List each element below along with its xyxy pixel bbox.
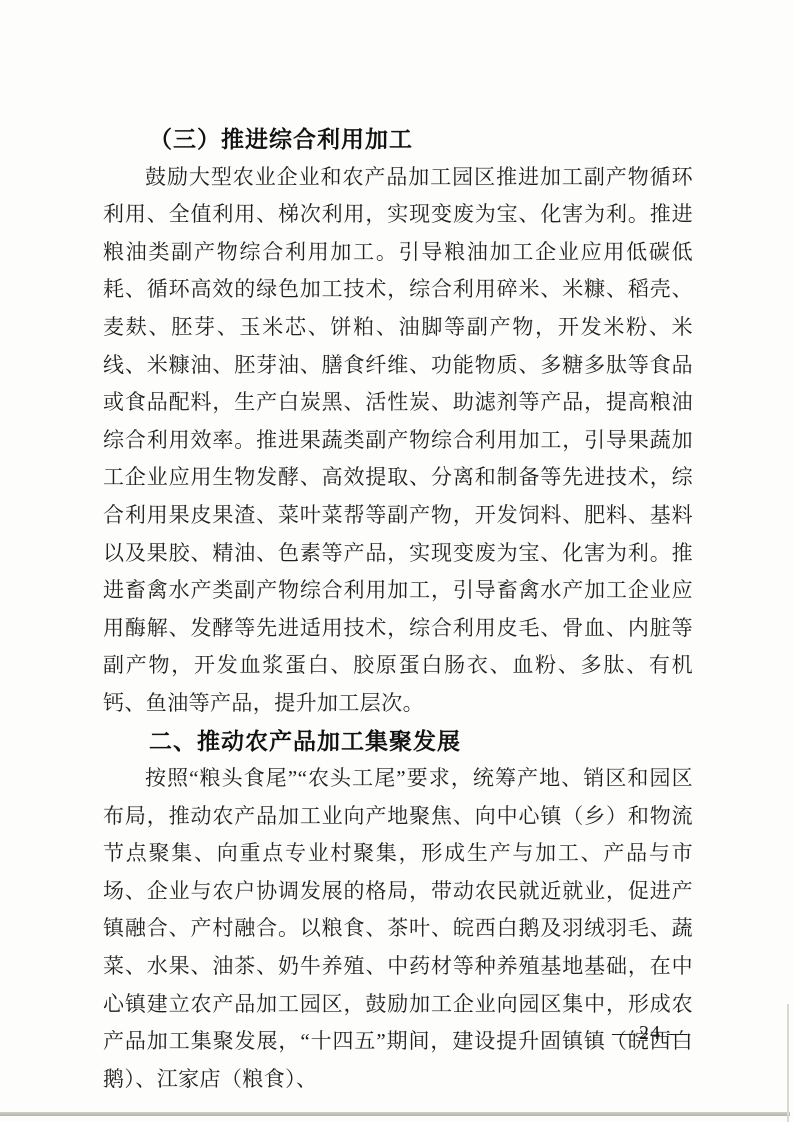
paragraph-comprehensive-utilization: 鼓励大型农业企业和农产品加工园区推进加工副产物循环利用、全值利用、梯次利用，实现…	[103, 159, 693, 723]
scan-edge-right-line	[787, 1004, 789, 1122]
section-heading-comprehensive-utilization: （三）推进综合利用加工	[103, 121, 693, 159]
document-page: （三）推进综合利用加工 鼓励大型农业企业和农产品加工园区推进加工副产物循环利用、…	[0, 0, 793, 1122]
scan-edge-bottom-line	[0, 1112, 790, 1116]
paragraph-cluster-development: 按照“粮头食尾”“农头工尾”要求，统筹产地、销区和园区布局，推动农产品加工业向产…	[103, 760, 693, 1098]
document-content: （三）推进综合利用加工 鼓励大型农业企业和农产品加工园区推进加工副产物循环利用、…	[103, 121, 693, 1098]
page-number: — 24 —	[612, 1022, 688, 1045]
section-heading-cluster-development: 二、推动农产品加工集聚发展	[103, 723, 693, 761]
